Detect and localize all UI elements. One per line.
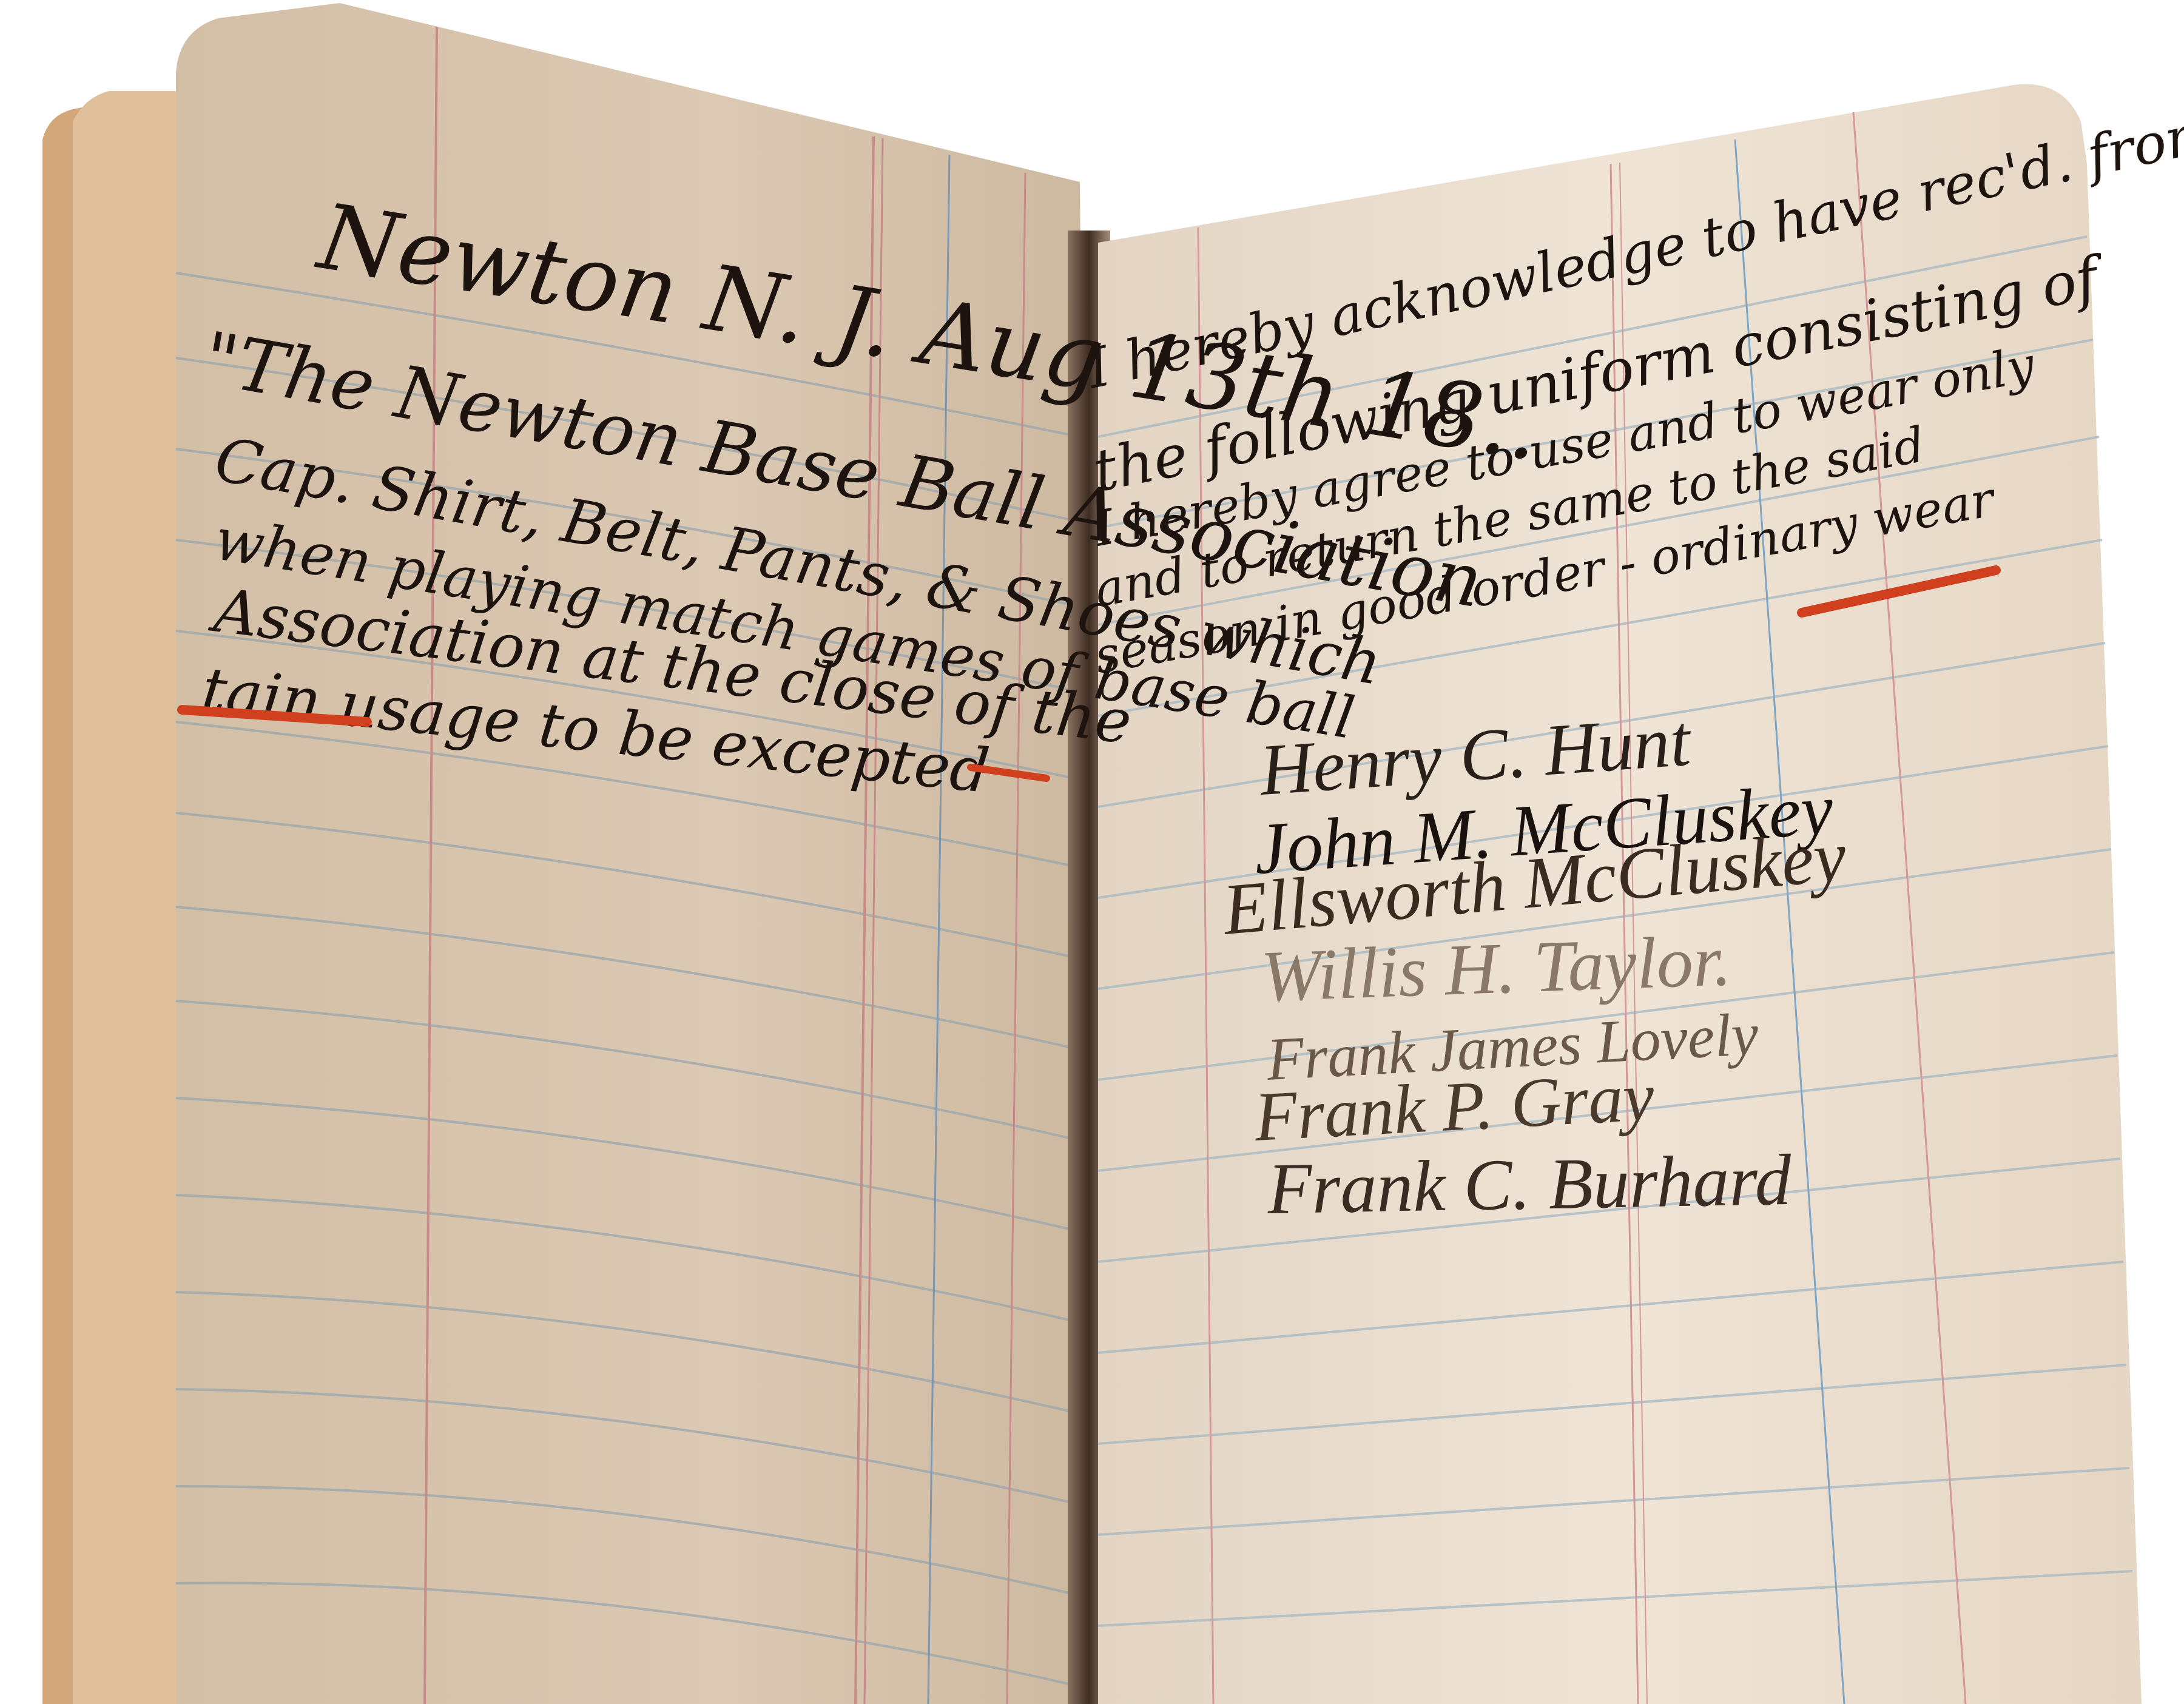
notebook-photo: Newton N. J. Aug 13th 18.. "The Newton B…	[0, 0, 2184, 1704]
signature-4: Willis H. Taylor.	[1259, 920, 1733, 1017]
notebook-illustration: Newton N. J. Aug 13th 18.. "The Newton B…	[0, 0, 2184, 1704]
signature-7: Frank C. Burhard	[1266, 1139, 1793, 1229]
cover-edge	[42, 91, 176, 1704]
